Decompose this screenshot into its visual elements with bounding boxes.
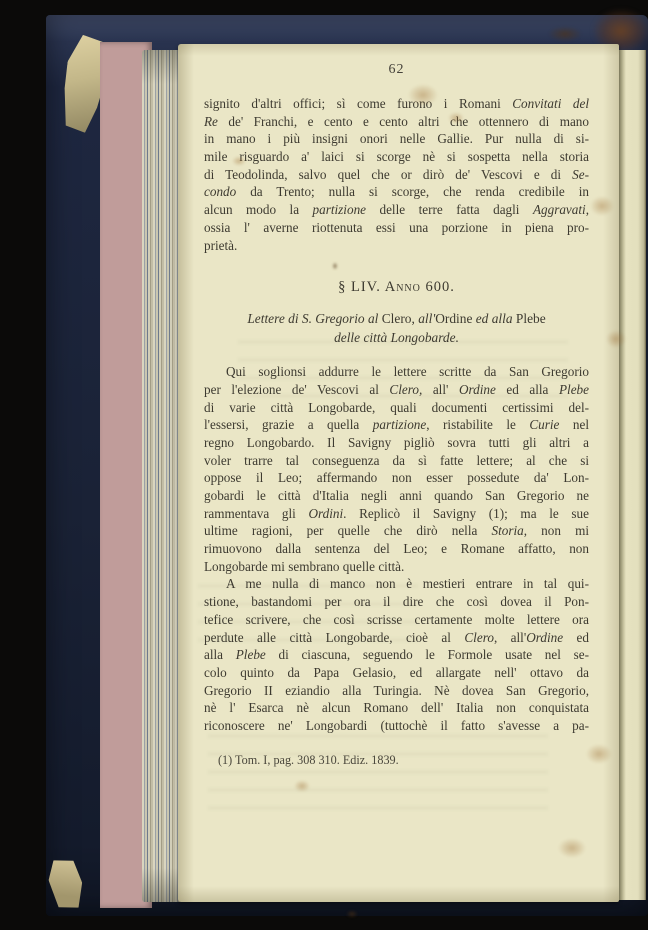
- text-line: oppose il Leo; affermando non esser poss…: [204, 469, 589, 487]
- text-line: mile risguardo a' laici si scorge nè si …: [204, 148, 589, 166]
- text-line: delle città Longobarde.: [204, 328, 589, 347]
- text-line: ultime ragioni, per quelle che dirò nell…: [204, 522, 589, 540]
- body-paragraph: Qui soglionsi addurre le lettere scritte…: [204, 363, 589, 575]
- text-line: A me nulla di manco non è mestieri entra…: [204, 575, 589, 593]
- text-line: regno Longobardo. Il Savigny pigliò sovr…: [204, 434, 589, 452]
- text-line: voler trarre tal conseguenza da sì fatte…: [204, 452, 589, 470]
- text-line: l'essersi, grazie a quella partizione, r…: [204, 416, 589, 434]
- opening-paragraph: signito d'altri offici; sì come furono i…: [204, 95, 589, 254]
- book-photograph: 62 signito d'altri offici; sì come furon…: [0, 0, 648, 930]
- body-paragraph: A me nulla di manco non è mestieri entra…: [204, 575, 589, 734]
- text-line: di Teodolinda, salvo quel che or dirò de…: [204, 166, 589, 184]
- adjacent-page-edge: [618, 50, 646, 900]
- text-line: tefice scrivere, che così scrisse certam…: [204, 611, 589, 629]
- text-line: ossia l' averne riottenuta essi una porz…: [204, 219, 589, 237]
- footnote: (1) Tom. I, pag. 308 310. Ediz. 1839.: [204, 752, 589, 768]
- text-line: prietà.: [204, 237, 589, 255]
- text-line: rammentava gli Ordini. Replicò il Savign…: [204, 505, 589, 523]
- text-line: gobardi le città d'Italia negli anni qua…: [204, 487, 589, 505]
- section-subtitle: Lettere di S. Gregorio al Clero, all'Ord…: [204, 309, 589, 347]
- page-number: 62: [204, 61, 589, 79]
- text-line: Qui soglionsi addurre le lettere scritte…: [204, 363, 589, 381]
- text-line: condo da Trento; nulla si scorge, che re…: [204, 183, 589, 201]
- text-line: di varie città Longobarde, quali documen…: [204, 399, 589, 417]
- text-line: stione, bastandomi per ora il dire che c…: [204, 593, 589, 611]
- text-column: 62 signito d'altri offici; sì come furon…: [204, 44, 589, 768]
- text-line: Longobarde mi sembrano quelle città.: [204, 558, 589, 576]
- text-line: Gregorio II eziandio alla Turingia. Nè d…: [204, 682, 589, 700]
- text-line: Lettere di S. Gregorio al Clero, all'Ord…: [204, 309, 589, 328]
- text-line: alla Plebe di ciascuna, seguendo le Form…: [204, 646, 589, 664]
- section-heading: § LIV. Anno 600.: [204, 278, 589, 296]
- book-page: 62 signito d'altri offici; sì come furon…: [178, 44, 619, 902]
- text-line: colo quinto da Papa Gelasio, ed allargat…: [204, 664, 589, 682]
- text-line: nè l' Esarca nè alcun Romano dell' Itali…: [204, 699, 589, 717]
- text-line: perdute alle città Longobarde, cioè al C…: [204, 629, 589, 647]
- text-line: per l'elezione de' Vescovi al Clero, all…: [204, 381, 589, 399]
- text-line: Re de' Franchi, e cento e cento altri ch…: [204, 113, 589, 131]
- text-line: signito d'altri offici; sì come furono i…: [204, 95, 589, 113]
- text-line: riconoscere ne' Longobardi (tuttochè il …: [204, 717, 589, 735]
- text-line: in mano i più insigni onori nelle Gallie…: [204, 130, 589, 148]
- text-line: rimuovono dalla sentenza del Leo; e Roma…: [204, 540, 589, 558]
- text-line: alcun modo la partizione delle terre fat…: [204, 201, 589, 219]
